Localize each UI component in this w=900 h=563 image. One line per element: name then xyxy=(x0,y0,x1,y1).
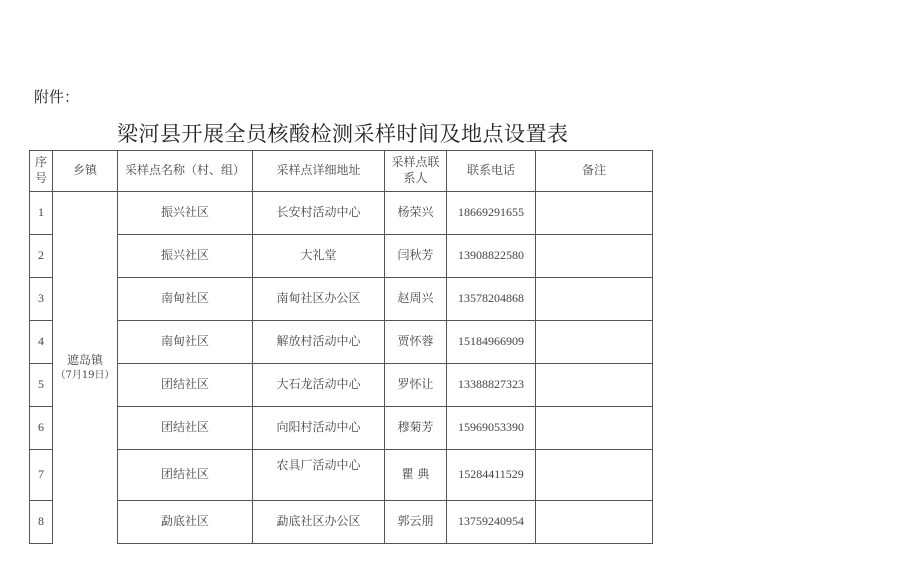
cell-remarks xyxy=(536,235,653,278)
cell-seq: 3 xyxy=(30,278,53,321)
cell-site-name: 勐底社区 xyxy=(118,501,253,544)
cell-contact: 赵周兴 xyxy=(385,278,447,321)
cell-remarks xyxy=(536,364,653,407)
cell-contact: 闫秋芳 xyxy=(385,235,447,278)
cell-phone: 18669291655 xyxy=(447,192,536,235)
table-row: 6 团结社区 向阳村活动中心 穆菊芳 15969053390 xyxy=(30,407,653,450)
cell-site-name: 南甸社区 xyxy=(118,321,253,364)
table-header-row: 序号 乡镇 采样点名称（村、组） 采样点详细地址 采样点联系人 联系电话 备注 xyxy=(30,151,653,192)
cell-site-name: 团结社区 xyxy=(118,407,253,450)
cell-phone: 15969053390 xyxy=(447,407,536,450)
cell-site-name: 振兴社区 xyxy=(118,235,253,278)
header-town: 乡镇 xyxy=(53,151,118,192)
cell-contact: 罗怀让 xyxy=(385,364,447,407)
header-remarks: 备注 xyxy=(536,151,653,192)
table-row: 3 南甸社区 南甸社区办公区 赵周兴 13578204868 xyxy=(30,278,653,321)
cell-seq: 4 xyxy=(30,321,53,364)
town-date: （7月19日） xyxy=(53,369,117,382)
cell-contact: 瞿 典 xyxy=(385,450,447,501)
attachment-label: 附件： xyxy=(34,86,79,107)
header-phone: 联系电话 xyxy=(447,151,536,192)
cell-seq: 6 xyxy=(30,407,53,450)
cell-seq: 1 xyxy=(30,192,53,235)
cell-remarks xyxy=(536,192,653,235)
table-row: 8 勐底社区 勐底社区办公区 郭云朋 13759240954 xyxy=(30,501,653,544)
cell-seq: 7 xyxy=(30,450,53,501)
cell-address: 大礼堂 xyxy=(253,235,385,278)
cell-address: 向阳村活动中心 xyxy=(253,407,385,450)
cell-address: 南甸社区办公区 xyxy=(253,278,385,321)
cell-phone: 13759240954 xyxy=(447,501,536,544)
table-row: 2 振兴社区 大礼堂 闫秋芳 13908822580 xyxy=(30,235,653,278)
cell-remarks xyxy=(536,501,653,544)
cell-contact: 贾怀蓉 xyxy=(385,321,447,364)
cell-address: 长安村活动中心 xyxy=(253,192,385,235)
cell-phone: 13908822580 xyxy=(447,235,536,278)
cell-site-name: 团结社区 xyxy=(118,450,253,501)
cell-contact: 杨荣兴 xyxy=(385,192,447,235)
cell-contact: 穆菊芳 xyxy=(385,407,447,450)
cell-seq: 5 xyxy=(30,364,53,407)
cell-remarks xyxy=(536,321,653,364)
cell-town: 遮岛镇 （7月19日） xyxy=(53,192,118,544)
cell-phone: 13578204868 xyxy=(447,278,536,321)
cell-address: 大石龙活动中心 xyxy=(253,364,385,407)
table-row: 5 团结社区 大石龙活动中心 罗怀让 13388827323 xyxy=(30,364,653,407)
cell-address: 解放村活动中心 xyxy=(253,321,385,364)
cell-phone: 13388827323 xyxy=(447,364,536,407)
cell-site-name: 团结社区 xyxy=(118,364,253,407)
cell-site-name: 振兴社区 xyxy=(118,192,253,235)
cell-remarks xyxy=(536,407,653,450)
cell-remarks xyxy=(536,278,653,321)
cell-remarks xyxy=(536,450,653,501)
sampling-sites-table: 序号 乡镇 采样点名称（村、组） 采样点详细地址 采样点联系人 联系电话 备注 … xyxy=(29,150,653,544)
table-row: 1 遮岛镇 （7月19日） 振兴社区 长安村活动中心 杨荣兴 186692916… xyxy=(30,192,653,235)
cell-contact: 郭云朋 xyxy=(385,501,447,544)
header-seq: 序号 xyxy=(30,151,53,192)
town-name: 遮岛镇 xyxy=(67,353,103,367)
header-address: 采样点详细地址 xyxy=(253,151,385,192)
cell-phone: 15184966909 xyxy=(447,321,536,364)
cell-seq: 8 xyxy=(30,501,53,544)
cell-site-name: 南甸社区 xyxy=(118,278,253,321)
cell-address: 农具厂活动中心 xyxy=(253,450,385,501)
cell-seq: 2 xyxy=(30,235,53,278)
header-site-name: 采样点名称（村、组） xyxy=(118,151,253,192)
document-title: 梁河县开展全员核酸检测采样时间及地点设置表 xyxy=(117,118,569,148)
table-row: 7 团结社区 农具厂活动中心 瞿 典 15284411529 xyxy=(30,450,653,501)
header-contact: 采样点联系人 xyxy=(385,151,447,192)
cell-address: 勐底社区办公区 xyxy=(253,501,385,544)
cell-phone: 15284411529 xyxy=(447,450,536,501)
table-row: 4 南甸社区 解放村活动中心 贾怀蓉 15184966909 xyxy=(30,321,653,364)
